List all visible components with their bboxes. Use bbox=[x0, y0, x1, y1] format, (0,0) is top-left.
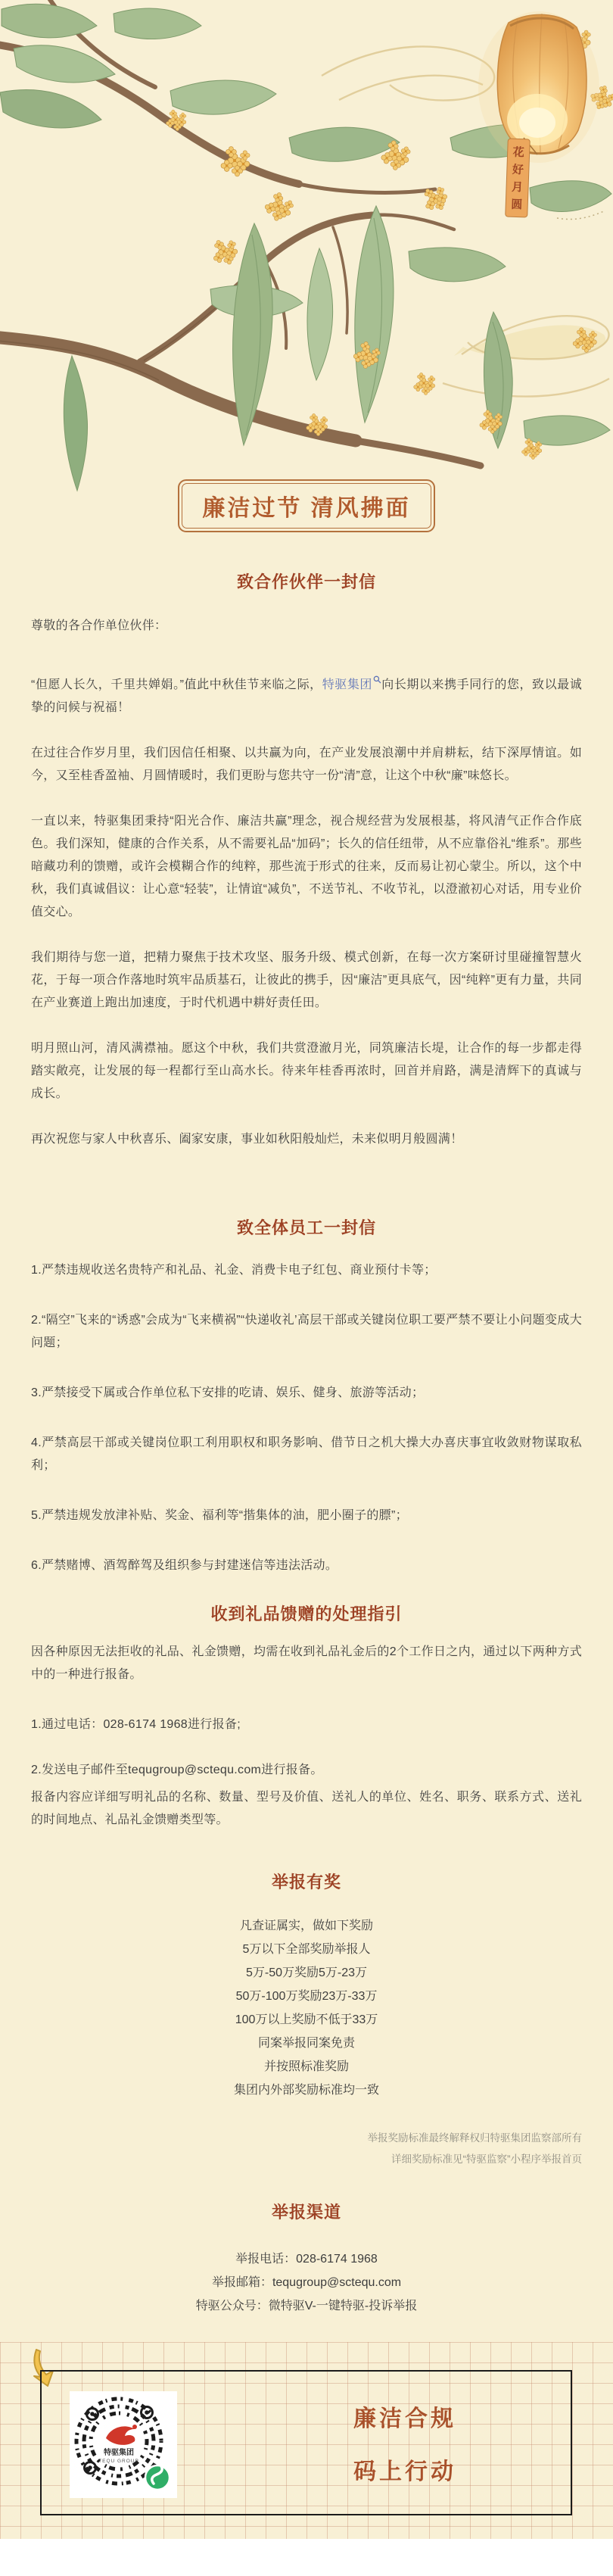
reward-note: 举报奖励标准最终解释权归特驱集团监察部所有 bbox=[98, 2128, 582, 2149]
channel-phone: 举报电话：028-6174 1968 bbox=[0, 2247, 613, 2271]
channel-wechat: 特驱公众号：微特驱V-一键特驱-投诉举报 bbox=[0, 2294, 613, 2318]
cloud-swirl-top bbox=[322, 46, 494, 100]
miniprogram-qr-code[interactable]: 特驱集团 TEQU GROUP bbox=[70, 2391, 177, 2498]
partner-letter-heading: 致合作伙伴一封信 bbox=[0, 569, 613, 593]
qr-brand-cn: 特驱集团 bbox=[104, 2447, 134, 2457]
rule-item: 3.严禁接受下属或合作单位私下安排的吃请、娱乐、健身、旅游等活动； bbox=[31, 1382, 582, 1405]
partner-letter-body: 尊敬的各合作单位伙伴： “但愿人长久，千里共婵娟。”值此中秋佳节来临之际，特驱集… bbox=[31, 615, 582, 1174]
partner-paragraph: 一直以来，特驱集团秉持“阳光合作、廉洁共赢”理念，视合规经营为发展根基，将风清气… bbox=[31, 810, 582, 924]
rule-item: 2.“隔空”飞来的“诱惑”会成为“飞来横祸”“快递收礼’高层干部或关键岗位职工要… bbox=[31, 1309, 582, 1355]
report-method-email: 2.发送电子邮件至tequgroup@sctequ.com进行报备。 bbox=[31, 1759, 582, 1782]
rule-item: 1.严禁违规收送名贵特产和礼品、礼金、消费卡电子红包、商业预付卡等； bbox=[31, 1259, 582, 1282]
report-detail: 报备内容应详细写明礼品的名称、数量、型号及价值、送礼人的单位、姓名、职务、联系方… bbox=[31, 1786, 582, 1832]
lantern-tag-text: 花好月圆 bbox=[510, 144, 525, 214]
gift-guide-intro: 因各种原因无法拒收的礼品、礼金馈赠，均需在收到礼品礼金后的2个工作日之内，通过以… bbox=[31, 1641, 582, 1686]
page-bottom-strip bbox=[0, 2539, 613, 2576]
channels-heading: 举报渠道 bbox=[0, 2200, 613, 2223]
report-method-phone: 1.通过电话：028-6174 1968进行报备; bbox=[31, 1714, 582, 1736]
rule-item: 6.严禁赌博、酒驾醉驾及组织参与封建迷信等违法活动。 bbox=[31, 1555, 582, 1577]
osmanthus-lantern-illustration bbox=[0, 0, 613, 500]
wechat-miniprogram-icon bbox=[145, 2465, 170, 2490]
lantern-tag: 花好月圆 bbox=[505, 139, 531, 218]
reward-note: 详细奖励标准见“特驱监察”小程序举报首页 bbox=[98, 2149, 582, 2170]
partner-paragraph: 明月照山河，清风满襟袖。愿这个中秋，我们共赏澄澈月光，同筑廉洁长堤，让合作的每一… bbox=[31, 1037, 582, 1106]
reward-heading: 举报有奖 bbox=[0, 1870, 613, 1893]
footer-grid-zone: 特驱集团 TEQU GROUP 廉洁合规 码上行动 bbox=[0, 2342, 613, 2539]
reward-line: 同案举报同案免责 bbox=[0, 2032, 613, 2055]
reward-line: 5万以下全部奖励举报人 bbox=[0, 1938, 613, 1961]
tequ-group-link[interactable]: 特驱集团 bbox=[322, 678, 372, 691]
reward-line: 并按照标准奖励 bbox=[0, 2055, 613, 2079]
partner-paragraph-1: “但愿人长久，千里共婵娟。”值此中秋佳节来临之际，特驱集团向长期以来携手同行的您… bbox=[31, 674, 582, 719]
compliance-qr-box: 特驱集团 TEQU GROUP 廉洁合规 码上行动 bbox=[40, 2370, 572, 2515]
reward-line: 集团内外部奖励标准均一致 bbox=[0, 2079, 613, 2102]
rule-item: 4.严禁高层干部或关键岗位职工利用职权和职务影响、借节日之机大操大办喜庆事宜收敛… bbox=[31, 1432, 582, 1477]
rule-item: 5.严禁违规发放津补贴、奖金、福利等“揩集体的油，肥小圈子的膘”； bbox=[31, 1505, 582, 1527]
channel-email: 举报邮箱：tequgroup@sctequ.com bbox=[0, 2271, 613, 2294]
gift-guide-heading: 收到礼品馈赠的处理指引 bbox=[0, 1601, 613, 1625]
search-link-icon[interactable] bbox=[373, 675, 381, 684]
reward-line: 凡查证属实，做如下奖励 bbox=[0, 1914, 613, 1938]
reward-line: 50万-100万奖励23万-33万 bbox=[0, 1985, 613, 2008]
title-badge-border: 廉洁过节 清风拂面 bbox=[178, 479, 434, 532]
qr-brand-en: TEQU GROUP bbox=[98, 2459, 139, 2464]
p1-before: “但愿人长久，千里共婵娟。”值此中秋佳节来临之际， bbox=[31, 678, 322, 691]
title-badge: 廉洁过节 清风拂面 bbox=[0, 479, 613, 532]
slogan-line-1: 廉洁合规 bbox=[353, 2400, 456, 2433]
employee-rules-list: 1.严禁违规收送名贵特产和礼品、礼金、消费卡电子红包、商业预付卡等； 2.“隔空… bbox=[31, 1259, 582, 1605]
reward-notes: 举报奖励标准最终解释权归特驱集团监察部所有 详细奖励标准见“特驱监察”小程序举报… bbox=[98, 2128, 582, 2170]
channels-list: 举报电话：028-6174 1968 举报邮箱：tequgroup@sctequ… bbox=[0, 2247, 613, 2318]
reward-rules: 凡查证属实，做如下奖励 5万以下全部奖励举报人 5万-50万奖励5万-23万 5… bbox=[0, 1914, 613, 2102]
reward-line: 100万以上奖励不低于33万 bbox=[0, 2008, 613, 2032]
page-title: 廉洁过节 清风拂面 bbox=[182, 483, 431, 529]
reward-line: 5万-50万奖励5万-23万 bbox=[0, 1961, 613, 1985]
slogan-line-2: 码上行动 bbox=[353, 2453, 456, 2486]
salutation: 尊敬的各合作单位伙伴： bbox=[31, 615, 582, 638]
partner-paragraph: 在过往合作岁月里，我们因信任相聚、以共赢为向，在产业发展浪潮中并肩耕耘，结下深厚… bbox=[31, 742, 582, 787]
footer-slogan: 廉洁合规 码上行动 bbox=[291, 2372, 518, 2514]
partner-paragraph: 再次祝您与家人中秋喜乐、阖家安康，事业如秋阳般灿烂，未来似明月般圆满！ bbox=[31, 1128, 582, 1151]
gift-guide-body: 因各种原因无法拒收的礼品、礼金馈赠，均需在收到礼品礼金后的2个工作日之内，通过以… bbox=[31, 1641, 582, 1854]
partner-paragraph: 我们期待与您一道，把精力聚焦于技术攻坚、服务升级、模式创新，在每一次方案研讨里碰… bbox=[31, 947, 582, 1015]
employee-letter-heading: 致全体员工一封信 bbox=[0, 1215, 613, 1239]
article-page: 花好月圆 廉洁过节 清风拂面 致合作伙伴一封信 尊敬的各合作单位伙伴： “但愿人… bbox=[0, 0, 613, 2576]
